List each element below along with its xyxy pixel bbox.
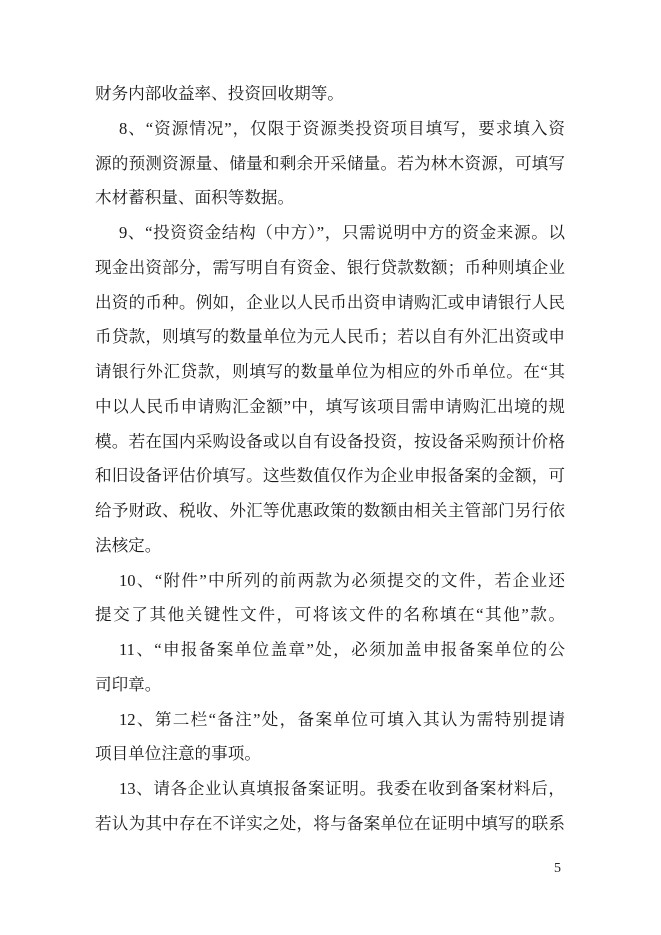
text-line: 给予财政、税收、外汇等优惠政策的数额由相关主管部门另行依	[95, 494, 565, 529]
text-line: 请银行外汇贷款，则填写的数量单位为相应的外币单位。在“其	[95, 355, 565, 390]
text-line: 若认为其中存在不详实之处，将与备案单位在证明中填写的联系	[95, 807, 565, 842]
text-line: 12、第二栏“备注”处，备案单位可填入其认为需特别提请	[95, 703, 565, 738]
text-line: 司印章。	[95, 668, 565, 703]
paragraph: 10、“附件”中所列的前两款为必须提交的文件，若企业还提交了其他关键性文件，可将…	[95, 564, 565, 634]
text-line: 9、“投资资金结构（中方）”，只需说明中方的资金来源。以	[95, 216, 565, 251]
text-line: 项目单位注意的事项。	[95, 737, 565, 772]
text-line: 现金出资部分，需写明自有资金、银行贷款数额；币种则填企业	[95, 251, 565, 286]
paragraph: 13、请各企业认真填报备案证明。我委在收到备案材料后，若认为其中存在不详实之处，…	[95, 772, 565, 842]
text-line: 源的预测资源量、储量和剩余开采储量。若为林木资源，可填写	[95, 147, 565, 182]
text-line: 币贷款，则填写的数量单位为元人民币；若以自有外汇出资或申	[95, 320, 565, 355]
text-line: 中以人民币申请购汇金额”中，填写该项目需申请购汇出境的规	[95, 390, 565, 425]
text-line: 提交了其他关键性文件，可将该文件的名称填在“其他”款。	[95, 598, 565, 633]
text-line: 和旧设备评估价填写。这些数值仅作为企业申报备案的金额，可	[95, 459, 565, 494]
text-line: 财务内部收益率、投资回收期等。	[95, 77, 565, 112]
text-line: 13、请各企业认真填报备案证明。我委在收到备案材料后，	[95, 772, 565, 807]
paragraph: 11、“申报备案单位盖章”处，必须加盖申报备案单位的公司印章。	[95, 633, 565, 703]
paragraph: 8、“资源情况”，仅限于资源类投资项目填写，要求填入资源的预测资源量、储量和剩余…	[95, 112, 565, 216]
paragraph: 财务内部收益率、投资回收期等。	[95, 77, 565, 112]
text-body: 财务内部收益率、投资回收期等。8、“资源情况”，仅限于资源类投资项目填写，要求填…	[95, 77, 565, 842]
text-line: 出资的币种。例如，企业以人民币出资申请购汇或申请银行人民	[95, 286, 565, 321]
paragraph: 9、“投资资金结构（中方）”，只需说明中方的资金来源。以现金出资部分，需写明自有…	[95, 216, 565, 564]
text-line: 8、“资源情况”，仅限于资源类投资项目填写，要求填入资	[95, 112, 565, 147]
text-line: 木材蓄积量、面积等数据。	[95, 181, 565, 216]
text-line: 法核定。	[95, 529, 565, 564]
document-page: 财务内部收益率、投资回收期等。8、“资源情况”，仅限于资源类投资项目填写，要求填…	[0, 0, 661, 935]
text-line: 模。若在国内采购设备或以自有设备投资，按设备采购预计价格	[95, 425, 565, 460]
paragraph: 12、第二栏“备注”处，备案单位可填入其认为需特别提请项目单位注意的事项。	[95, 703, 565, 773]
page-number: 5	[554, 861, 561, 877]
text-line: 11、“申报备案单位盖章”处，必须加盖申报备案单位的公	[95, 633, 565, 668]
text-line: 10、“附件”中所列的前两款为必须提交的文件，若企业还	[95, 564, 565, 599]
